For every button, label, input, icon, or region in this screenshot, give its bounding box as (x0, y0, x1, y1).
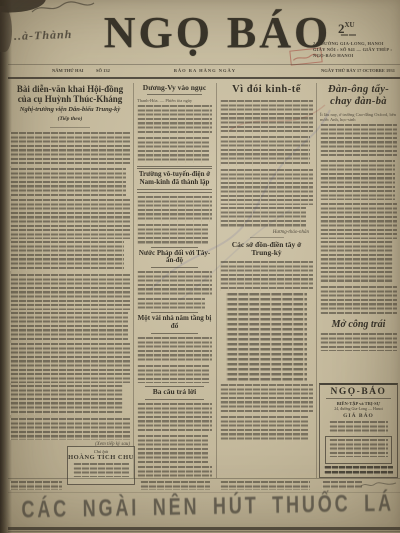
text-block (10, 385, 123, 415)
text-block (220, 416, 308, 442)
price-lines (329, 421, 388, 434)
double-rule (145, 399, 204, 400)
text-block (73, 463, 129, 477)
headline-cong-trai: Mở công trái (320, 319, 397, 330)
price-note (340, 34, 356, 38)
infobox-title: NGỌ-BÁO (320, 387, 397, 397)
infobox-note (325, 436, 392, 464)
double-rule (137, 168, 212, 169)
address-line-3: NGỌ-BÁO HANOI (313, 53, 399, 59)
lead-duong-vy: Thanh-Hóa. — Phiên tòa ngày (137, 98, 212, 104)
newspaper-page: ..à-Thành NGỌ BÁO 2XU 24, ĐƯỜNG GIA-LONG… (0, 0, 400, 533)
divider (151, 333, 198, 334)
dateline-frequency: BÁO RA HÀNG NGÀY (160, 68, 250, 74)
text-block (220, 169, 313, 205)
masthead-address: 24, ĐƯỜNG GIA-LONG, HANOI GIÂY NÓI : SỐ … (313, 41, 399, 59)
text-block (137, 298, 205, 310)
text-block (220, 100, 313, 134)
headline-kinh-te: Vì đói kinh-tế (220, 84, 313, 96)
headline-nha-nam-tang: Một vài nhà năm tầng bị đổ (137, 315, 212, 331)
text-block (220, 136, 310, 166)
masthead-rule-bottom (8, 77, 400, 79)
text-block (10, 274, 130, 310)
editor-name: HOÀNG TÍCH CHU (68, 454, 134, 461)
article-signature: Hương-thảo-nhân (220, 230, 309, 235)
cigarette-ad-banner: CÁC NGÀI NÊN HÚT THUỐC LÁ QUẢ BÔNG (21, 491, 378, 525)
infobox-prices-title: GIÁ BÁO (320, 413, 397, 419)
column-3: Vì đói kinh-tế Hương-thảo-nhân Các sở đồ… (220, 84, 313, 478)
text-block (320, 203, 397, 239)
headline-don-dien: Các sở đồn-điền tây ở Trung-kỳ (220, 241, 313, 258)
text-block (10, 168, 126, 196)
edition-script: ..à-Thành (14, 27, 73, 44)
text-block (10, 199, 130, 239)
divider (147, 94, 202, 95)
dateline-volume: NĂM THỨ HAI (52, 68, 84, 74)
text-block (137, 196, 212, 222)
divider (250, 237, 284, 238)
text-block (137, 271, 212, 295)
text-block (220, 481, 310, 490)
text-block (10, 418, 130, 440)
text-block (320, 124, 397, 158)
column-1: Bài diễn-văn khai Hội-đồng của cụ Huỳnh … (10, 84, 130, 478)
headline-ba-cau-tra-loi: Ba câu trả lời (137, 388, 212, 396)
headline-huynh-thuc-khang: Bài diễn-văn khai Hội-đồng của cụ Huỳnh … (10, 84, 130, 104)
infobox-footer (324, 466, 393, 475)
text-block (320, 333, 397, 351)
text-block (10, 132, 130, 166)
ngo-bao-info-box: NGỌ-BÁO BIÊN-TẬP và TRỊ-SỰ 24, đường Gia… (319, 383, 398, 478)
text-block (137, 435, 208, 463)
text-block (10, 312, 128, 340)
masthead: ..à-Thành NGỌ BÁO 2XU 24, ĐƯỜNG GIA-LONG… (0, 0, 400, 64)
footer-rule (8, 478, 400, 479)
text-block (329, 439, 388, 457)
lead-tay-chay: Ít lâu nay, ở trường Cao-đẳng Oxford, bê… (320, 112, 397, 123)
double-rule (137, 166, 212, 167)
infobox-address: 24, đường Gia-Long — Hanoi (320, 406, 397, 411)
text-block (320, 286, 397, 314)
masthead-rule-top (8, 64, 400, 65)
headline-phap-tay-an-do: Nước Pháp đối với Tây-ấn-độ (137, 250, 212, 266)
divider (151, 267, 198, 268)
dateline-issue: SỐ 132 (96, 68, 110, 74)
divider (326, 398, 391, 399)
double-rule (137, 192, 212, 193)
text-block (10, 241, 124, 271)
text-block (137, 105, 212, 135)
continued-tag: (Tiếp theo) (10, 116, 130, 122)
banner-rule-bottom-2 (8, 531, 400, 532)
price-unit: XU (345, 21, 355, 29)
text-block (320, 241, 393, 283)
text-block (137, 466, 212, 478)
plantation-list (226, 293, 308, 381)
text-block (140, 481, 210, 490)
divider (151, 247, 198, 248)
text-block (320, 160, 395, 200)
column-rule-3 (316, 83, 317, 478)
double-rule (137, 189, 212, 190)
text-block (137, 137, 209, 163)
column-2: Dương-Vy vào ngục Thanh-Hóa. — Phiên tòa… (137, 84, 212, 478)
text-block (220, 261, 313, 291)
headline-duong-vy: Dương-Vy vào ngục (137, 84, 212, 92)
divider (50, 127, 90, 128)
text-block (10, 481, 62, 490)
text-block (137, 224, 208, 244)
banner-rule-bottom (8, 527, 400, 530)
text-block (322, 481, 362, 489)
text-block (137, 403, 212, 433)
headline-tay-chay: Đàn-ông tẩy-chay đàn-bà (320, 84, 397, 108)
headline-radio-school: Trường vô-tuyến-điện ở Nam-kinh đã thành… (137, 171, 212, 187)
margin-squiggle (360, 480, 398, 490)
column-rule-1 (133, 83, 134, 478)
column-rule-2 (216, 83, 217, 478)
text-block (137, 365, 209, 383)
text-block (10, 343, 130, 383)
text-block (137, 337, 212, 363)
divider (151, 312, 198, 313)
dateline-date: NGÀY THỨ BẢY 17 OCTOBRE 1931 (295, 68, 395, 74)
text-block (220, 207, 306, 227)
subhead-huynh: Nghị-trưởng viện Dân-biểu Trung-kỳ (10, 106, 130, 113)
text-block (220, 384, 313, 414)
editor-box: Chủ bút HOÀNG TÍCH CHU (67, 446, 135, 485)
